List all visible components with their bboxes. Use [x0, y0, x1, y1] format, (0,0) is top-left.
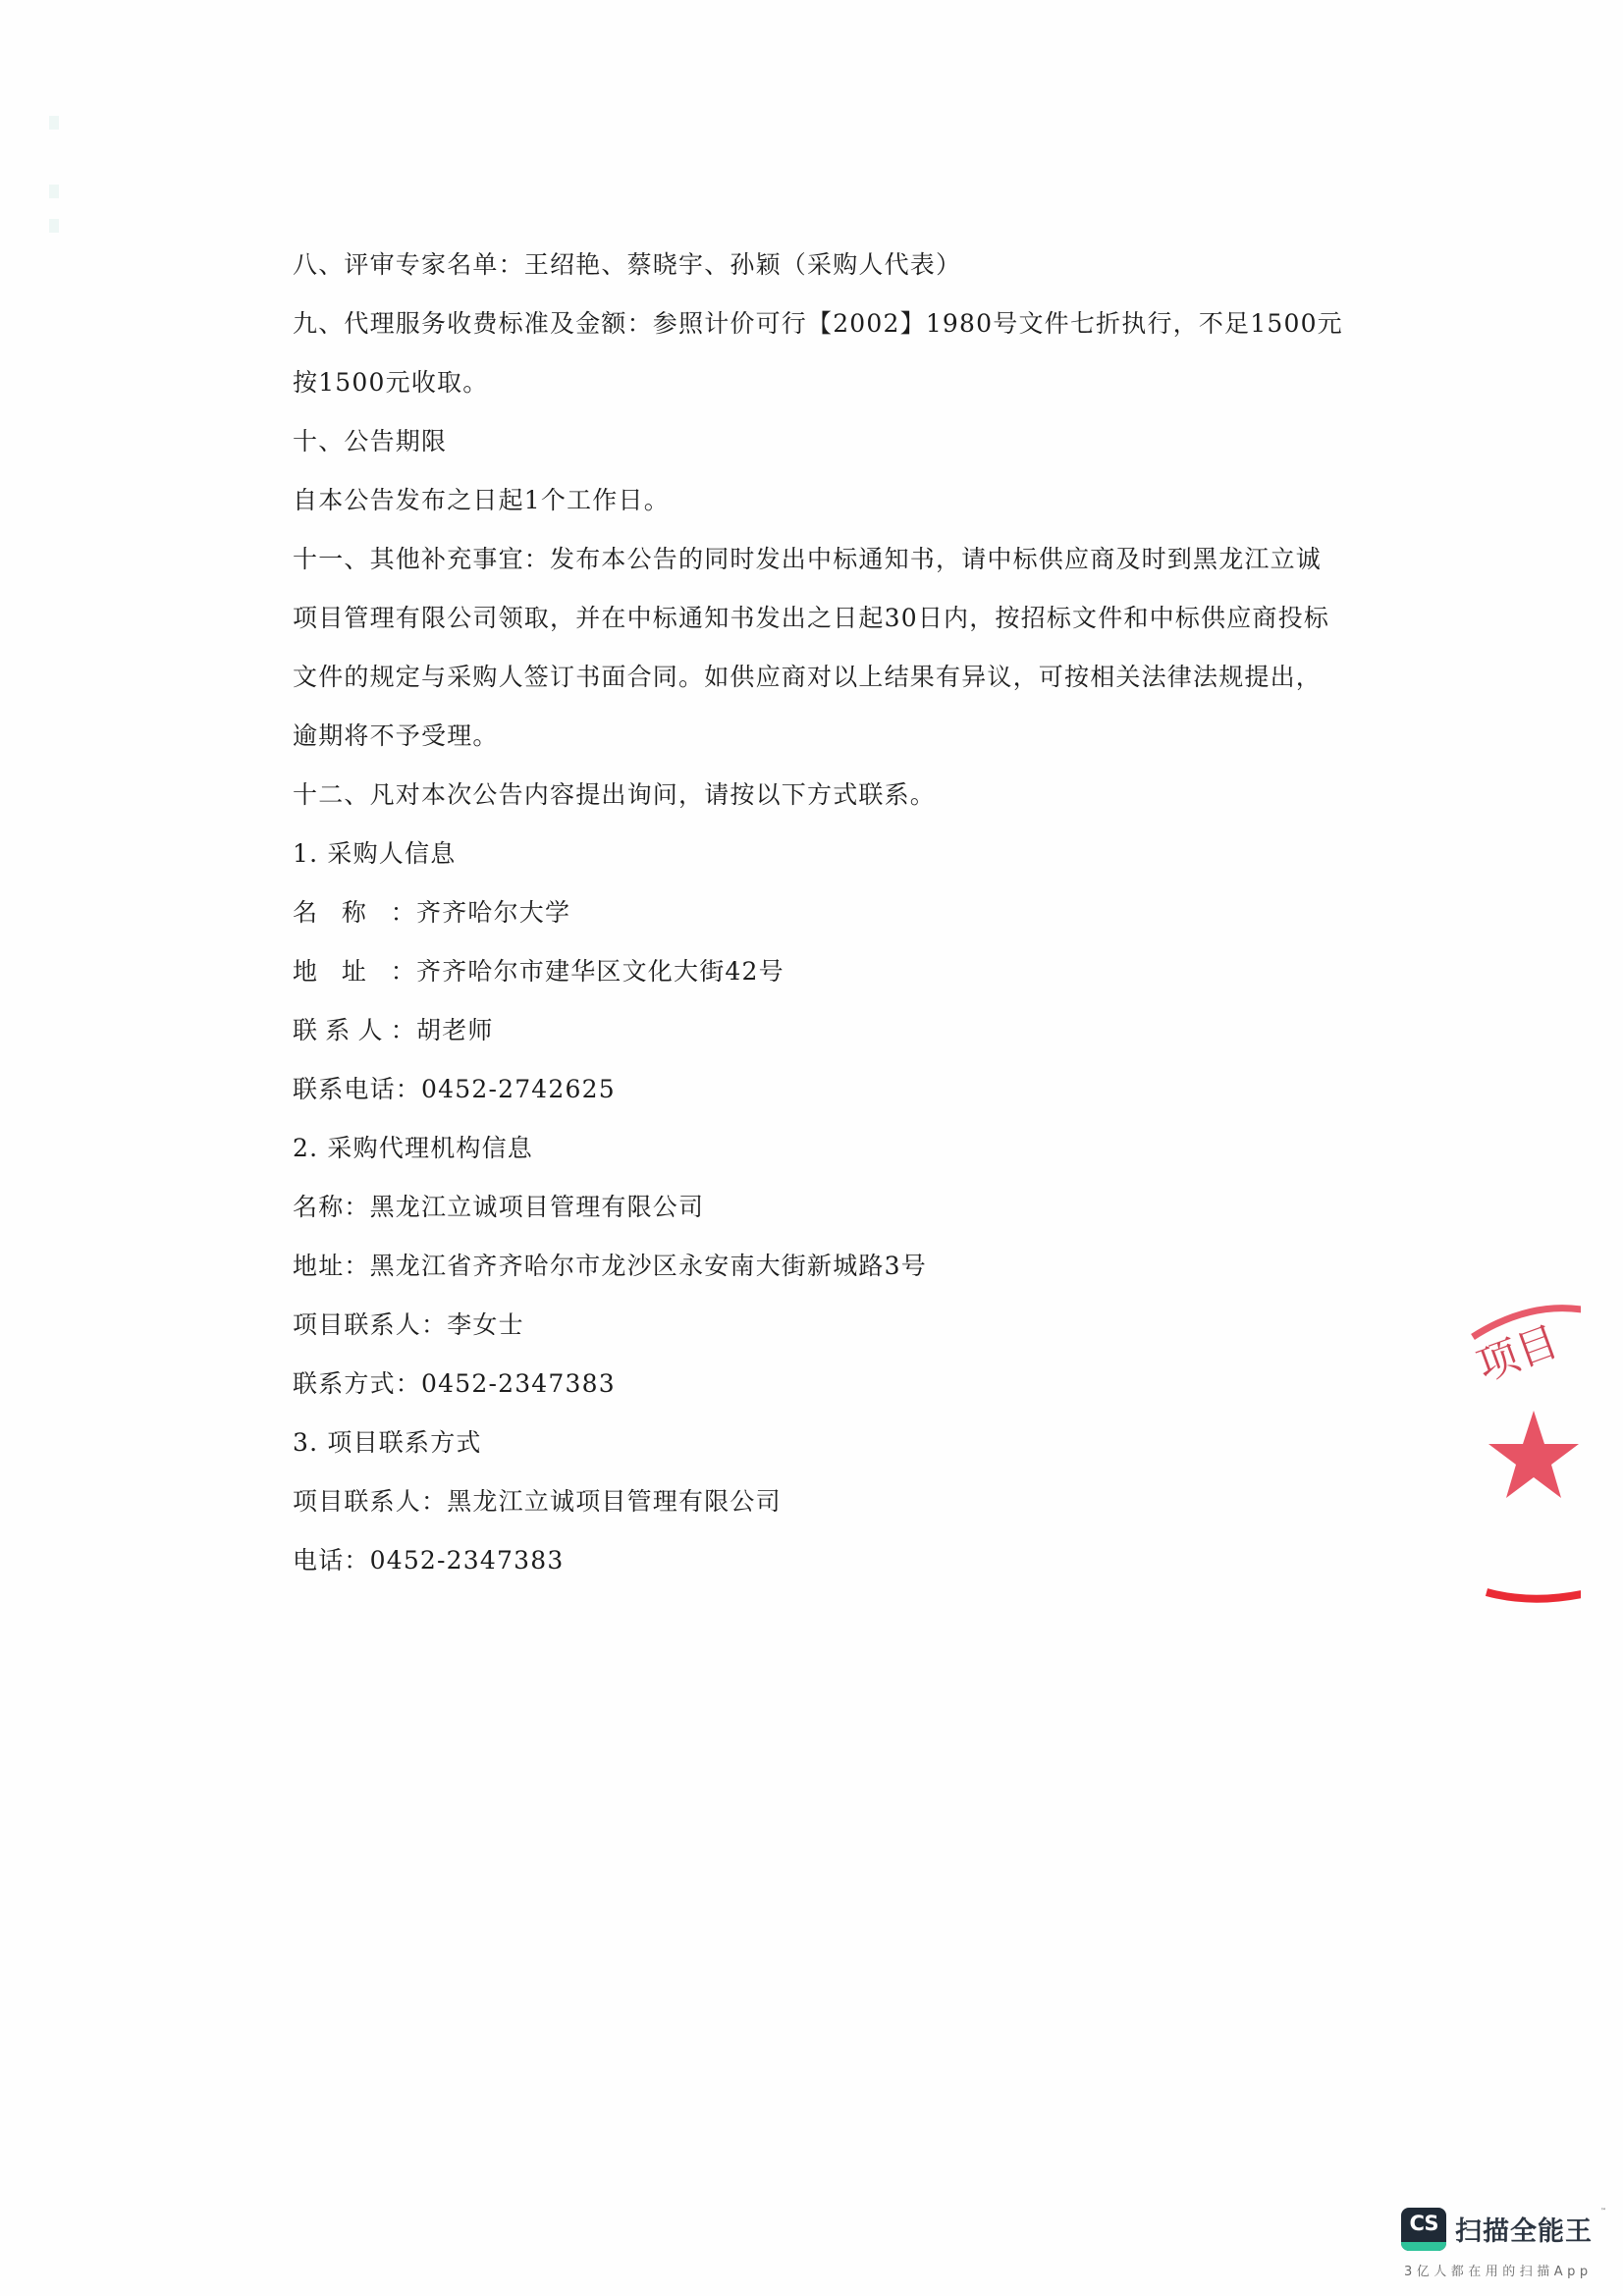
section-11-line3: 文件的规定与采购人签订书面合同。如供应商对以上结果有异议，可按相关法律法规提出，	[293, 648, 1314, 707]
official-seal: 项目	[1453, 1296, 1581, 1629]
camscanner-watermark: CS 扫描全能王 ™ 3亿人都在用的扫描App	[1396, 2204, 1612, 2282]
scan-artifact	[49, 185, 59, 198]
purchaser-phone-row: 联系电话：0452-2742625	[293, 1060, 1314, 1119]
agency-address-label: 地址：	[293, 1237, 370, 1296]
section-10-title: 十、公告期限	[293, 412, 1314, 471]
purchaser-address-row: 地址：齐齐哈尔市建华区文化大街42号	[293, 942, 1314, 1001]
scanned-document-page: 八、评审专家名单：王绍艳、蔡晓宇、孙颖（采购人代表） 九、代理服务收费标准及金额…	[0, 0, 1623, 2296]
purchaser-name-label: 名称：	[293, 883, 416, 942]
purchaser-address-value: 齐齐哈尔市建华区文化大街42号	[416, 957, 784, 986]
agency-phone-value: 0452-2347383	[421, 1369, 616, 1398]
purchaser-name-row: 名称：齐齐哈尔大学	[293, 883, 1314, 942]
section-11-line4: 逾期将不予受理。	[293, 707, 1314, 766]
purchaser-contact-label: 联系人：	[293, 1001, 416, 1060]
trademark-symbol: ™	[1600, 2208, 1606, 2215]
section-9-fee-line2: 按1500元收取。	[293, 353, 1314, 412]
agency-name-label: 名称：	[293, 1178, 370, 1237]
agency-contact-value: 李女士	[447, 1310, 524, 1339]
project-contact-row: 项目联系人：黑龙江立诚项目管理有限公司	[293, 1472, 1314, 1531]
agency-phone-label: 联系方式：	[293, 1355, 421, 1414]
app-name: 扫描全能王	[1455, 2210, 1593, 2248]
purchaser-contact-value: 胡老师	[416, 1016, 494, 1044]
section-10-body: 自本公告发布之日起1个工作日。	[293, 471, 1314, 530]
project-contact-label: 项目联系人：	[293, 1472, 447, 1531]
agency-name-value: 黑龙江立诚项目管理有限公司	[370, 1193, 705, 1221]
project-contact-heading: 3. 项目联系方式	[293, 1414, 1314, 1472]
agency-contact-label: 项目联系人：	[293, 1296, 447, 1355]
section-12-title: 十二、凡对本次公告内容提出询问，请按以下方式联系。	[293, 766, 1314, 825]
section-9-fee-line1: 九、代理服务收费标准及金额：参照计价可行【2002】1980号文件七折执行，不足…	[293, 294, 1314, 353]
purchaser-phone-label: 联系电话：	[293, 1060, 421, 1119]
purchaser-contact-row: 联系人：胡老师	[293, 1001, 1314, 1060]
section-8-reviewers: 八、评审专家名单：王绍艳、蔡晓宇、孙颖（采购人代表）	[293, 236, 1314, 294]
scan-artifact	[49, 116, 59, 130]
purchaser-heading: 1. 采购人信息	[293, 825, 1314, 883]
purchaser-name-value: 齐齐哈尔大学	[416, 898, 570, 927]
scan-artifact	[49, 219, 59, 233]
agency-contact-row: 项目联系人：李女士	[293, 1296, 1314, 1355]
project-phone-row: 电话：0452-2347383	[293, 1531, 1314, 1590]
project-phone-label: 电话：	[293, 1531, 370, 1590]
purchaser-phone-value: 0452-2742625	[421, 1075, 616, 1103]
logo-text: CS	[1401, 2212, 1446, 2235]
purchaser-address-label: 地址：	[293, 942, 416, 1001]
section-11-line1: 十一、其他补充事宜：发布本公告的同时发出中标通知书，请中标供应商及时到黑龙江立诚	[293, 530, 1314, 589]
agency-address-row: 地址：黑龙江省齐齐哈尔市龙沙区永安南大街新城路3号	[293, 1237, 1314, 1296]
agency-address-value: 黑龙江省齐齐哈尔市龙沙区永安南大街新城路3号	[370, 1252, 927, 1280]
agency-name-row: 名称：黑龙江立诚项目管理有限公司	[293, 1178, 1314, 1237]
project-phone-value: 0452-2347383	[370, 1546, 565, 1575]
project-contact-value: 黑龙江立诚项目管理有限公司	[447, 1487, 782, 1516]
logo-accent-bar	[1401, 2242, 1446, 2251]
section-11-line2: 项目管理有限公司领取，并在中标通知书发出之日起30日内，按招标文件和中标供应商投…	[293, 589, 1314, 648]
camscanner-logo-icon: CS	[1401, 2208, 1446, 2251]
seal-icon: 项目	[1465, 1296, 1581, 1629]
document-body: 八、评审专家名单：王绍艳、蔡晓宇、孙颖（采购人代表） 九、代理服务收费标准及金额…	[293, 236, 1314, 1590]
agency-phone-row: 联系方式：0452-2347383	[293, 1355, 1314, 1414]
agency-heading: 2. 采购代理机构信息	[293, 1119, 1314, 1178]
app-slogan: 3亿人都在用的扫描App	[1404, 2261, 1593, 2279]
